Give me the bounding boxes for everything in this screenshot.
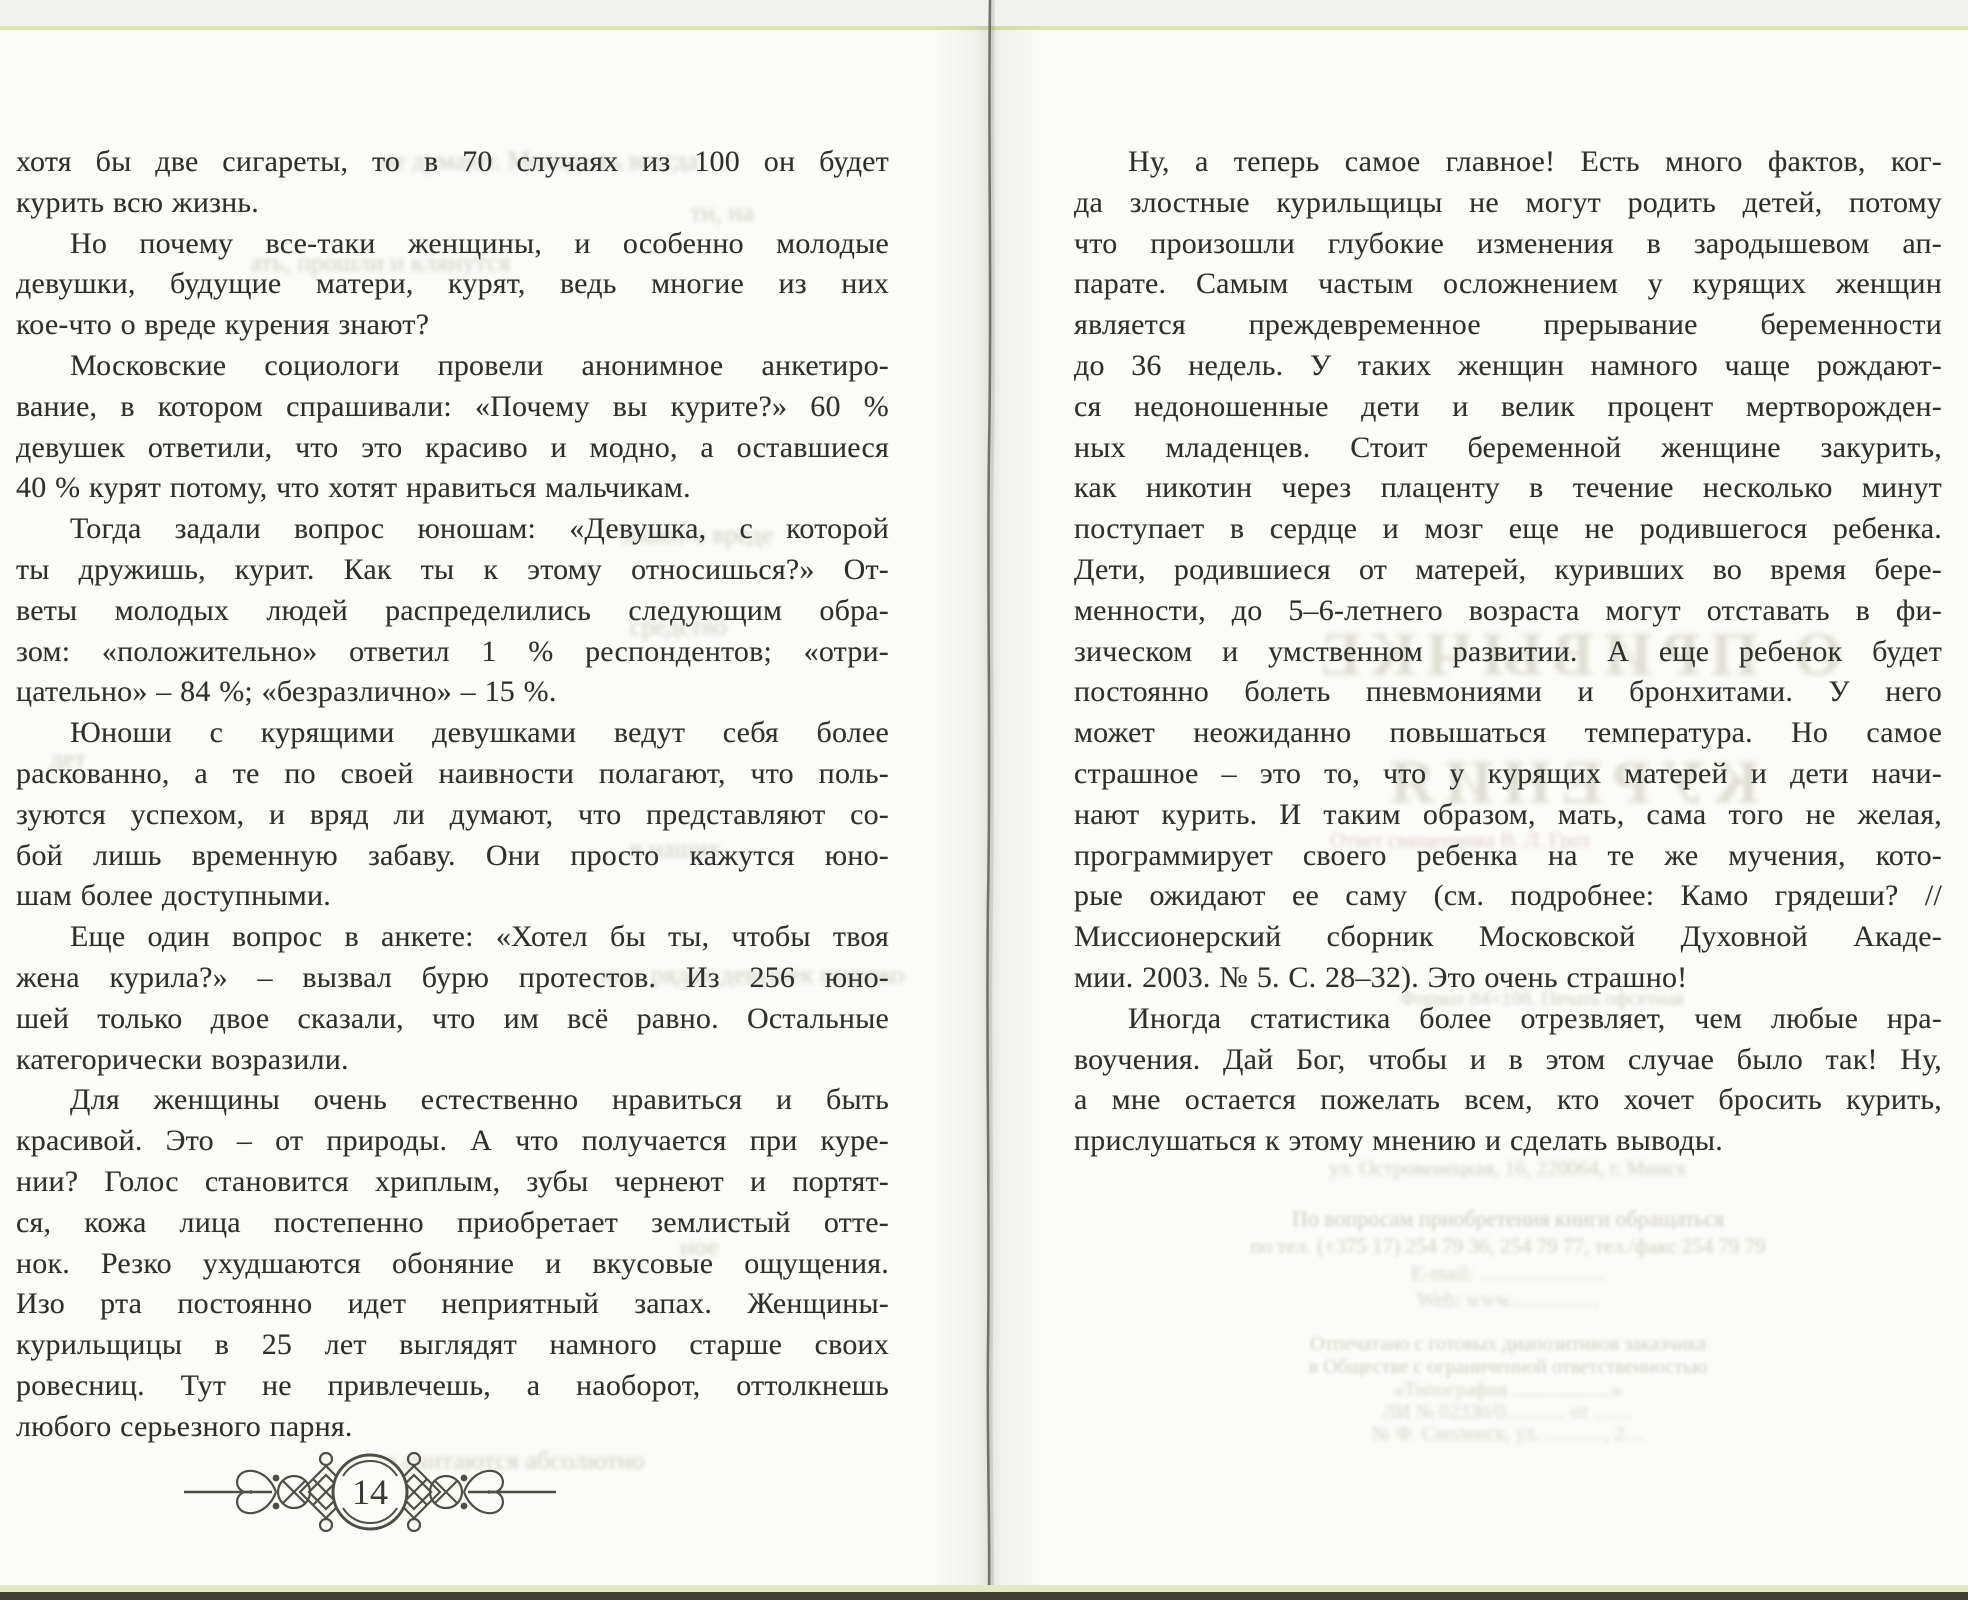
text-line: до 36 недель. У таких женщин намного чащ… (1074, 346, 1942, 387)
text-line: жена курила?» – вызвал бурю протестов. И… (16, 958, 889, 999)
ghost-imprint-line: № Ф. Смоленск, ул. ………, 2… (1074, 1423, 1942, 1446)
text-line: страшное – это то, что у курящих матерей… (1074, 754, 1942, 795)
text-line: курить всю жизнь. (16, 183, 889, 224)
text-line: кое-что о вреде курения знают? (16, 305, 889, 346)
book-scan: { "document_type": "scanned book spread"… (0, 0, 1968, 1600)
text-line: зическом и умственном развитии. А еще ре… (1074, 632, 1942, 673)
text-line: Юноши с курящими девушками ведут себя бо… (16, 713, 889, 754)
text-line: нают курить. И таким образом, мать, сама… (1074, 795, 1942, 836)
text-line: а мне остается пожелать всем, кто хочет … (1074, 1080, 1942, 1121)
text-line: цательно» – 84 %; «безразлично» – 15 %. (16, 672, 889, 713)
text-line: Иногда статистика более отрезвляет, чем … (1074, 999, 1942, 1040)
ghost-imprint-line: ЛИ № 02330/0……… от …… (1074, 1401, 1942, 1424)
text-line: Тогда задали вопрос юношам: «Девушка, с … (16, 509, 889, 550)
text-line: ся недоношенные дети и велик процент мер… (1074, 387, 1942, 428)
text-line: 40 % курят потому, что хотят нравиться м… (16, 468, 889, 509)
text-line: хотя бы две сигареты, то в 70 случаях из… (16, 142, 889, 183)
ghost-contact-line: По вопросам приобретения книги обращатьс… (1074, 1206, 1942, 1232)
text-line: веты молодых людей распределились следую… (16, 591, 889, 632)
text-line: Для женщины очень естественно нравиться … (16, 1080, 889, 1121)
text-line: прислушаться к этому мнению и сделать вы… (1074, 1121, 1942, 1162)
text-line: курильщицы в 25 лет выглядят намного ста… (16, 1325, 889, 1366)
text-line: нии? Голос становится хриплым, зубы черн… (16, 1162, 889, 1203)
text-line: ты дружишь, курит. Как ты к этому относи… (16, 550, 889, 591)
text-line: как никотин через плаценту в течение нес… (1074, 468, 1942, 509)
text-line: воучения. Дай Бог, чтобы и в этом случае… (1074, 1040, 1942, 1081)
right-page-text: Ну, а теперь самое главное! Есть много ф… (1074, 142, 1942, 1162)
text-line: менности, до 5–6-летнего возраста могут … (1074, 591, 1942, 632)
text-line: Ну, а теперь самое главное! Есть много ф… (1074, 142, 1942, 183)
text-line: Изо рта постоянно идет неприятный запах.… (16, 1284, 889, 1325)
text-line: зом: «положительно» ответил 1 % респонде… (16, 632, 889, 673)
text-line: бой лишь временную забаву. Они просто ка… (16, 836, 889, 877)
text-line: раскованно, а те по своей наивности пола… (16, 754, 889, 795)
ghost-imprint-line: «Типография ……………» (1074, 1379, 1942, 1402)
ornament-vignette: 14 (180, 1442, 560, 1542)
text-line: ся, кожа лица постепенно приобретает зем… (16, 1203, 889, 1244)
ghost-contact-line: E-mail: ……………… (1074, 1261, 1942, 1286)
text-line: да злостные курильщицы не могут родить д… (1074, 183, 1942, 224)
text-line: девушки, будущие матери, курят, ведь мно… (16, 264, 889, 305)
text-line: девушек ответили, что это красиво и модн… (16, 428, 889, 469)
text-line: рые ожидают ее саму (см. подробнее: Камо… (1074, 876, 1942, 917)
page-bottom-edge-line (0, 1585, 1968, 1592)
scanner-bottom-edge (0, 1592, 1968, 1600)
scan-area: не думают. Молодежь всегда ти, на ать, п… (0, 0, 1968, 1600)
text-line: категорически возразили. (16, 1040, 889, 1081)
text-line: вание, в котором спрашивали: «Почему вы … (16, 387, 889, 428)
left-page-text: хотя бы две сигареты, то в 70 случаях из… (16, 142, 889, 1448)
page-number-ornament: 14 (180, 1442, 560, 1542)
text-line: Еще один вопрос в анкете: «Хотел бы ты, … (16, 917, 889, 958)
text-line: постоянно болеть пневмониями и бронхитам… (1074, 672, 1942, 713)
text-line: красивой. Это – от природы. А что получа… (16, 1121, 889, 1162)
text-line: нок. Резко ухудшаются обоняние и вкусовы… (16, 1244, 889, 1285)
ghost-contact-line: по тел. (+375 17) 254 79 36, 254 79 77, … (1074, 1234, 1942, 1259)
text-line: ровесниц. Тут не привлечешь, а наоборот,… (16, 1366, 889, 1407)
text-line: является преждевременное прерывание бере… (1074, 305, 1942, 346)
book-gutter-line (935, 0, 1045, 1600)
text-line: поступает в сердце и мозг еще не родивше… (1074, 509, 1942, 550)
text-line: Московские социологи провели анонимное а… (16, 346, 889, 387)
text-line: зуются успехом, и вряд ли думают, что пр… (16, 795, 889, 836)
text-line: ных младенцев. Стоит беременной женщине … (1074, 428, 1942, 469)
ghost-imprint-line: Отпечатано с готовых диапозитивов заказч… (1074, 1333, 1942, 1356)
ghost-contact-line: Web: www.………… (1074, 1287, 1942, 1312)
text-line: парате. Самым частым осложнением у курящ… (1074, 264, 1942, 305)
text-line: программирует своего ребенка на те же му… (1074, 836, 1942, 877)
page-number: 14 (352, 1472, 388, 1512)
ghost-imprint-line: в Обществе с ограниченной ответственност… (1074, 1356, 1942, 1379)
text-line: может неожиданно повышаться температура.… (1074, 713, 1942, 754)
text-line: Дети, родившиеся от матерей, куривших во… (1074, 550, 1942, 591)
text-line: шей только двое сказали, что им всё равн… (16, 999, 889, 1040)
text-line: мии. 2003. № 5. С. 28–32). Это очень стр… (1074, 958, 1942, 999)
text-line: Но почему все-таки женщины, и особенно м… (16, 224, 889, 265)
text-line: Миссионерский сборник Московской Духовно… (1074, 917, 1942, 958)
text-line: что произошли глубокие изменения в зарод… (1074, 224, 1942, 265)
text-line: шам более доступными. (16, 876, 889, 917)
